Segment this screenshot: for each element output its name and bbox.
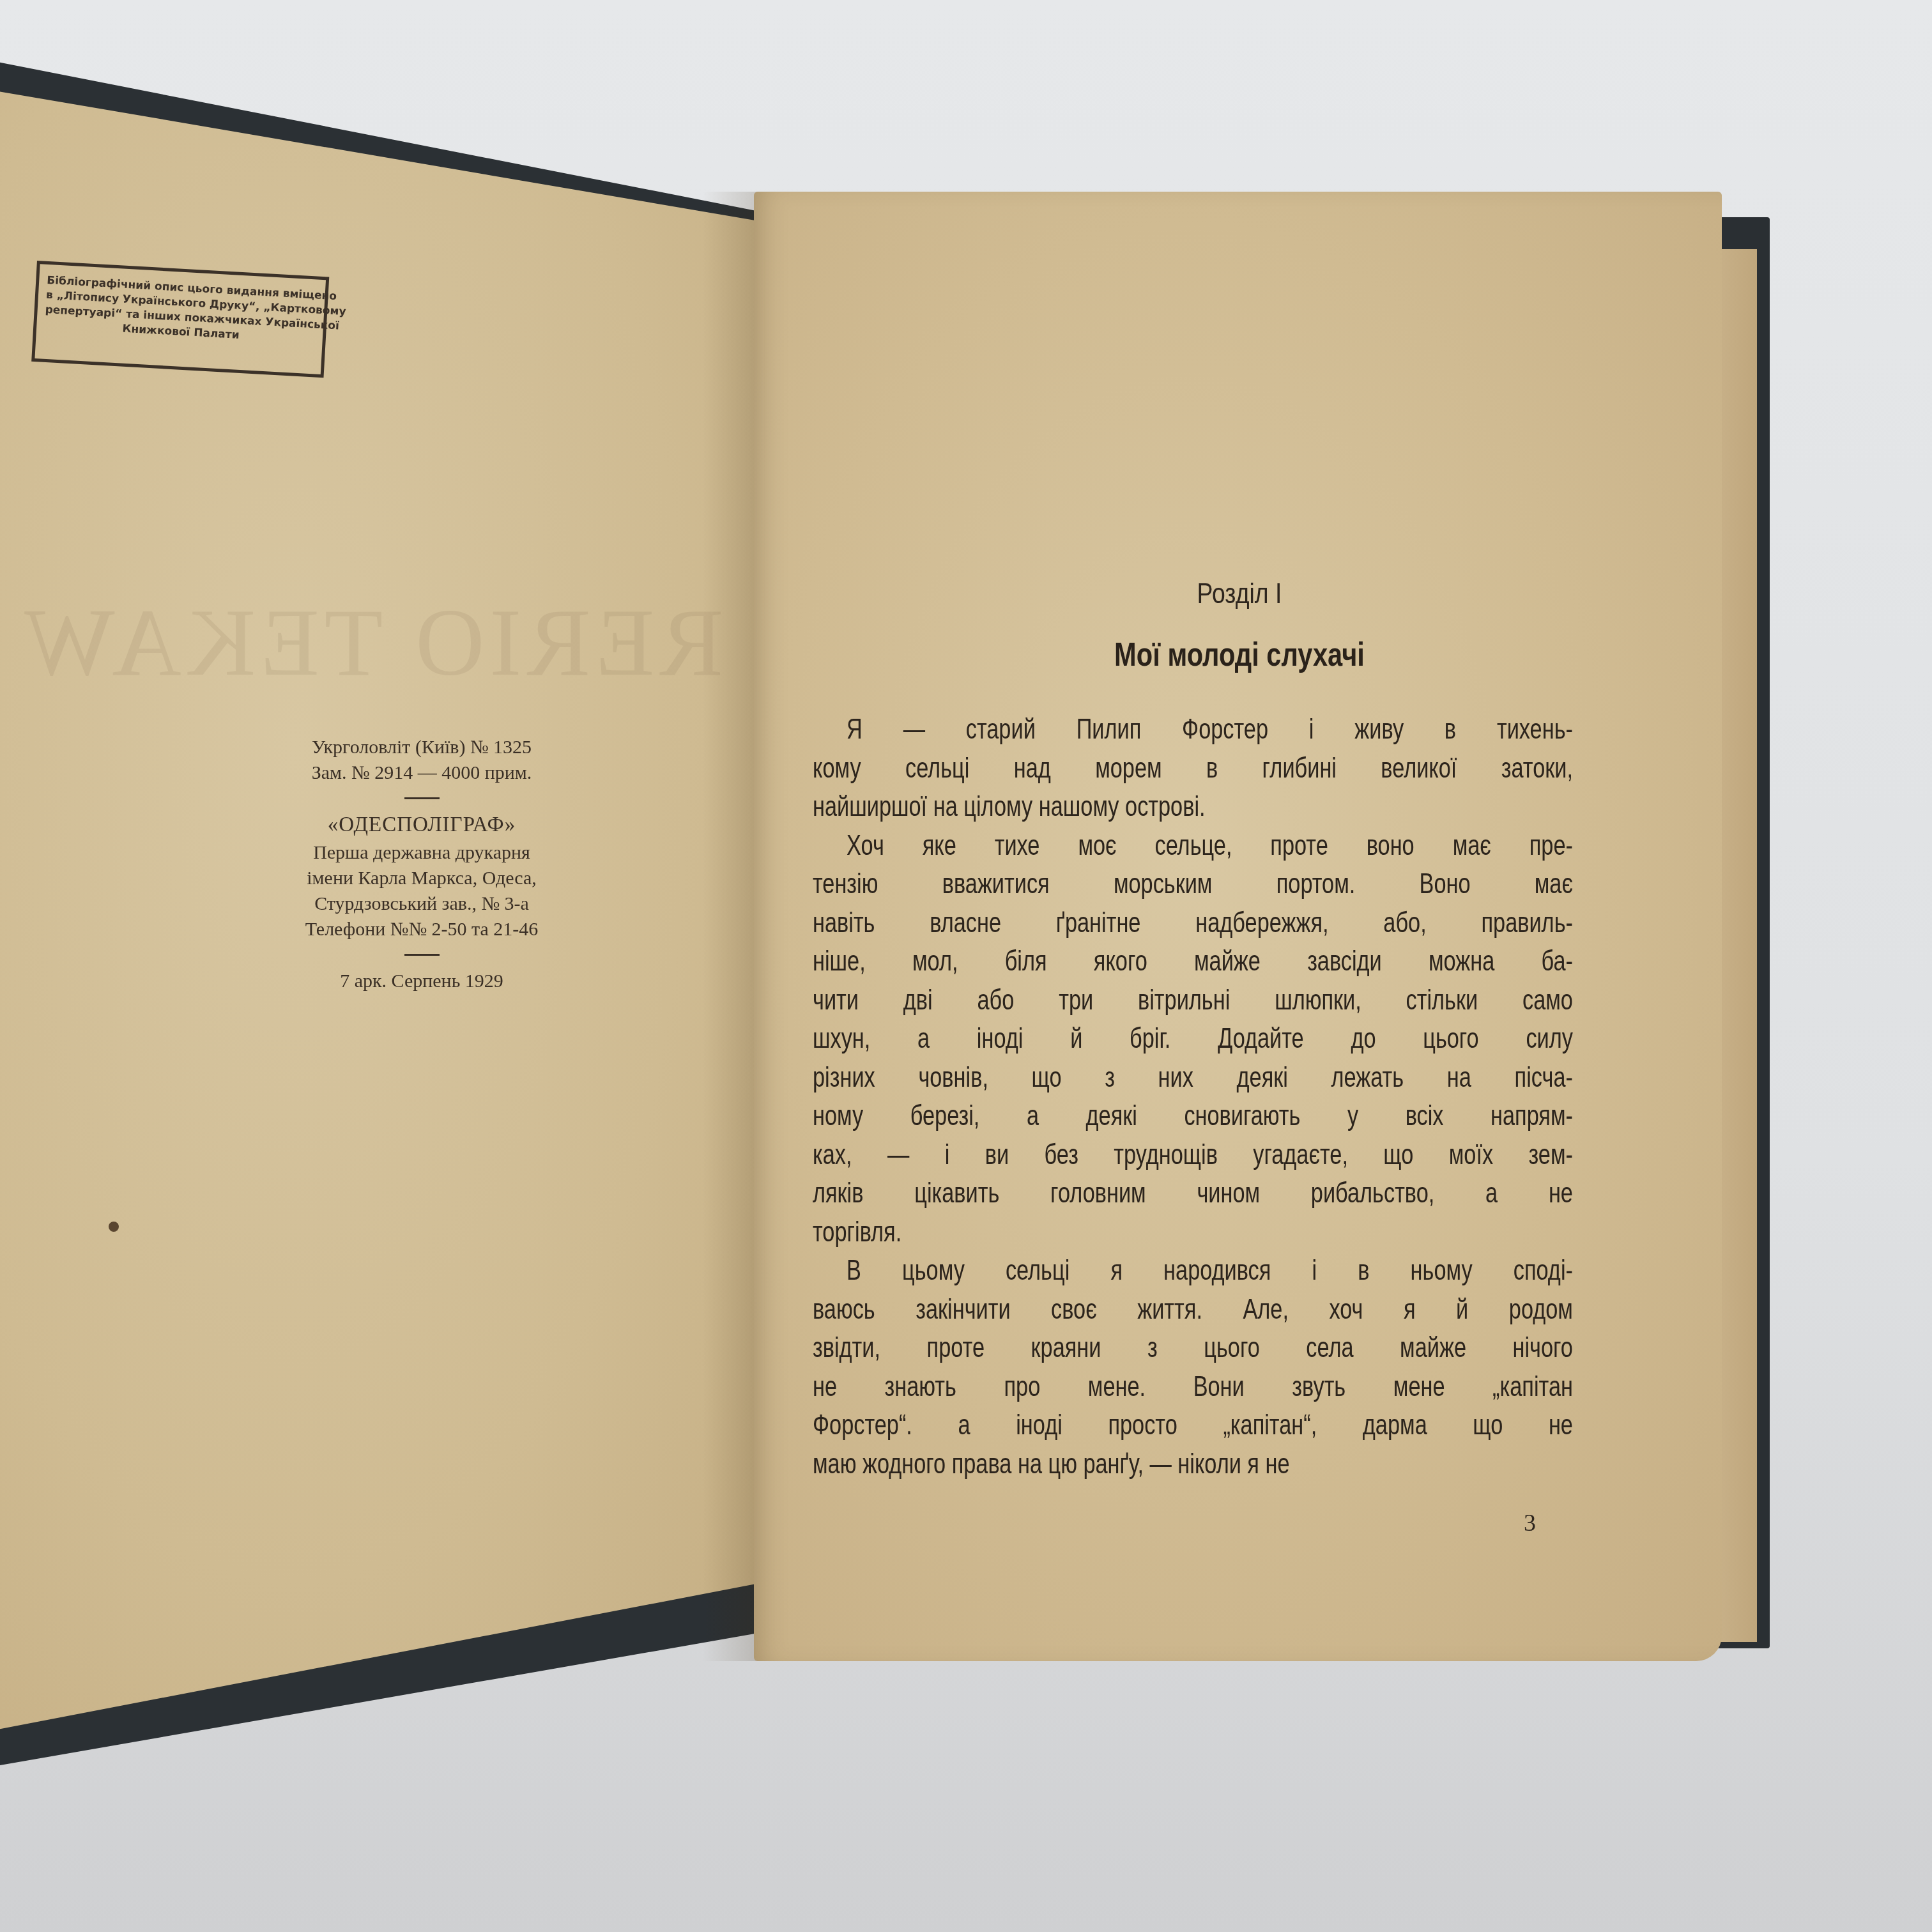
printer-line: Телефони №№ 2-50 та 21-46	[281, 917, 562, 942]
text-line: ляків цікавить головним чином рибальство…	[813, 1174, 1573, 1213]
text-line: Хоч яке тихе моє сельце, проте воно має …	[813, 827, 1573, 866]
text-line: ках, — і ви без труднощів угадаєте, що м…	[813, 1136, 1573, 1175]
text-line: чити дві або три вітрильні шлюпки, стіль…	[813, 981, 1573, 1020]
printing-imprint: Укрголовліт (Київ) № 1325 Зам. № 2914 — …	[281, 735, 562, 994]
divider	[404, 954, 440, 956]
chapter-label: Розділ I	[1131, 578, 1348, 610]
bibliographic-stamp: Бібліографічний опис цього видання вміще…	[31, 261, 329, 378]
printer-line: Стурдзовський зав., № 3-а	[281, 891, 562, 917]
text-line: різних човнів, що з них деякі лежать на …	[813, 1059, 1573, 1098]
text-line: Я — старий Пилип Форстер і живу в тихень…	[813, 710, 1573, 749]
bleed-through-text: RERIO TEKAW	[19, 588, 723, 698]
text-line: ніше, мол, біля якого майже завсіди можн…	[813, 942, 1573, 981]
gutter-shadow	[703, 192, 760, 1661]
text-line: торгівля.	[813, 1213, 1573, 1252]
foxing-spot	[109, 1222, 119, 1232]
text-line: маю жодного права на цю ранґу, — ніколи …	[813, 1445, 1573, 1484]
printer-line: Перша державна друкарня	[281, 840, 562, 866]
text-line: шхун, а іноді й бріг. Додайте до цього с…	[813, 1020, 1573, 1059]
printer-name: «ОДЕСПОЛІГРАФ»	[281, 812, 562, 838]
text-line: В цьому сельці я народився і в ньому спо…	[813, 1252, 1573, 1291]
divider	[404, 797, 440, 799]
text-line: не знають про мене. Вони звуть мене „кап…	[813, 1368, 1573, 1407]
text-line: Форстер“. а іноді просто „капітан“, дарм…	[813, 1406, 1573, 1445]
chapter-body: Я — старий Пилип Форстер і живу в тихень…	[813, 710, 1573, 1483]
text-line: найширшої на цілому нашому острові.	[813, 788, 1573, 827]
sheets-date: 7 арк. Серпень 1929	[281, 969, 562, 994]
text-line: навіть власне ґранітне надбережжя, або, …	[813, 904, 1573, 943]
text-line: ному березі, а деякі сновигають у всіх н…	[813, 1097, 1573, 1136]
chapter-title: Мої молоді слухачі	[984, 636, 1495, 674]
page-number: 3	[1524, 1509, 1536, 1537]
book-photo: RERIO TEKAW Бібліографічний опис цього в…	[0, 0, 1932, 1932]
text-line: ваюсь закінчити своє життя. Але, хоч я й…	[813, 1291, 1573, 1330]
text-line: звідти, проте краяни з цього села майже …	[813, 1329, 1573, 1368]
order-number: Зам. № 2914 — 4000 прим.	[281, 760, 562, 786]
censor-number: Укрголовліт (Київ) № 1325	[281, 735, 562, 760]
text-line: кому сельці над морем в глибині великої …	[813, 749, 1573, 788]
printer-line: імени Карла Маркса, Одеса,	[281, 866, 562, 891]
text-line: тензію вважитися морським портом. Воно м…	[813, 865, 1573, 904]
